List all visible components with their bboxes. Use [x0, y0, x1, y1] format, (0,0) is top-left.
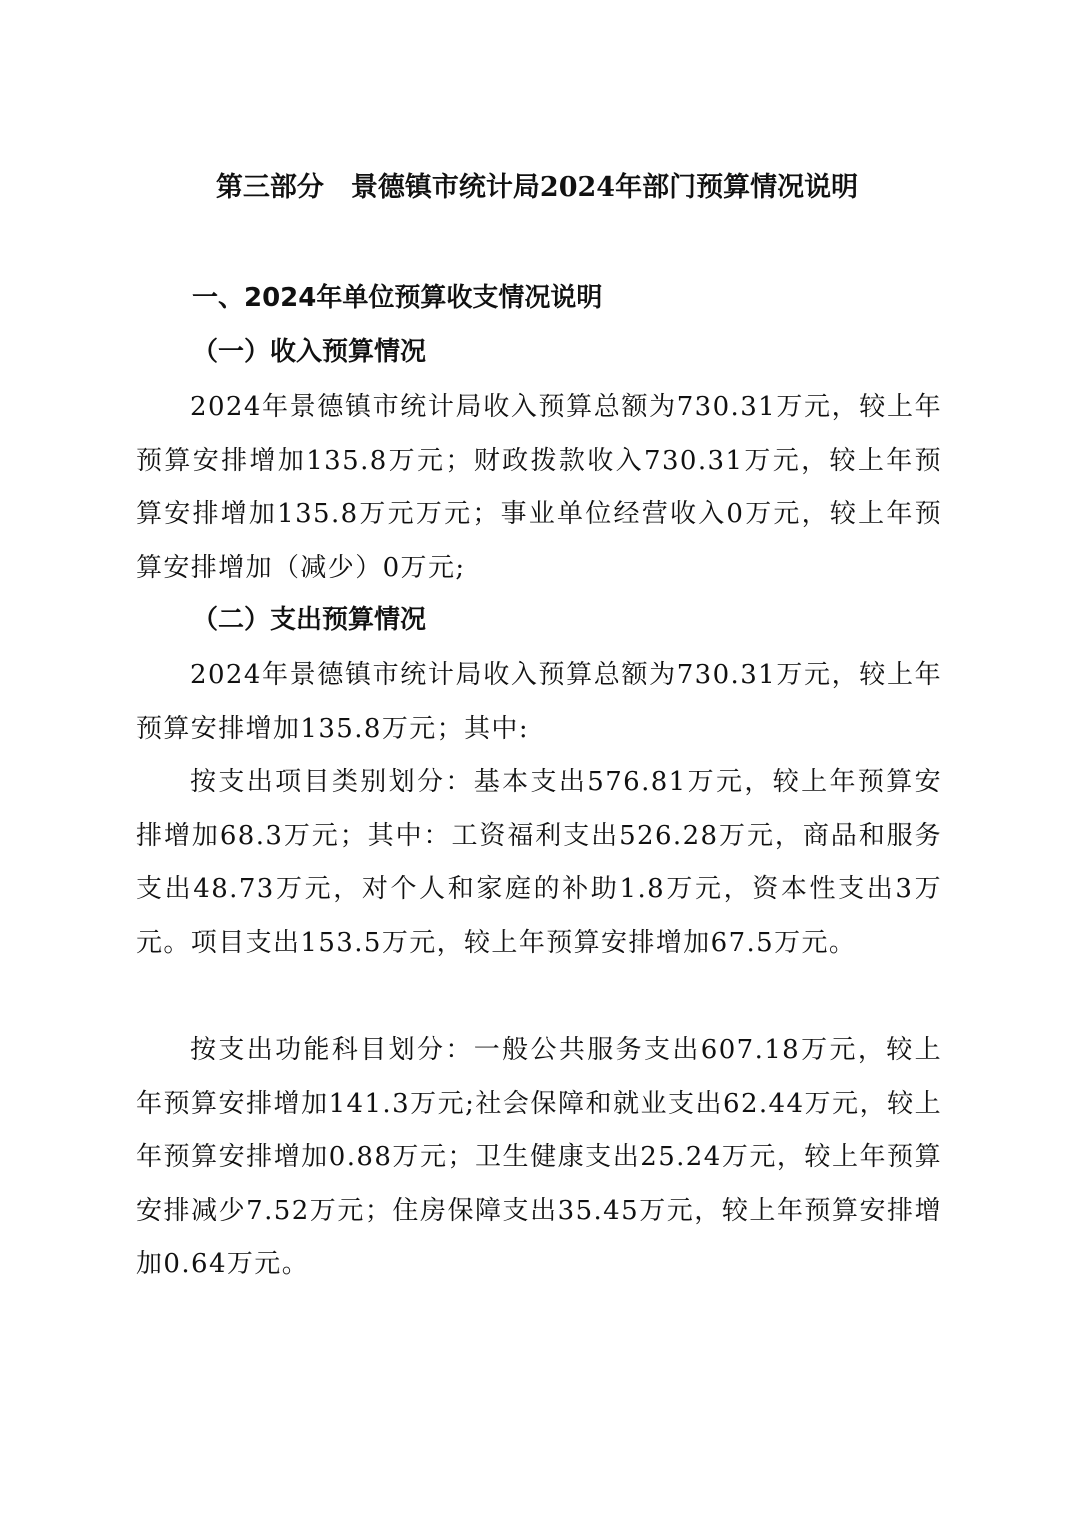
- document-page: 第三部分 景德镇市统计局2024年部门预算情况说明 一、2024年单位预算收支情…: [0, 0, 1074, 1520]
- section-heading: 一、2024年单位预算收支情况说明: [192, 276, 602, 320]
- expense-by-function-paragraph: 按支出功能科目划分：一般公共服务支出607.18万元，较上年预算安排增加141.…: [136, 1024, 942, 1292]
- income-subheading: （一）收入预算情况: [192, 330, 426, 374]
- expense-by-category-paragraph: 按支出项目类别划分：基本支出576.81万元，较上年预算安排增加68.3万元；其…: [136, 756, 942, 970]
- expense-subheading: （二）支出预算情况: [192, 598, 426, 642]
- document-title: 第三部分 景德镇市统计局2024年部门预算情况说明: [0, 166, 1074, 210]
- expense-total-paragraph: 2024年景德镇市统计局收入预算总额为730.31万元，较上年预算安排增加135…: [136, 649, 942, 756]
- income-paragraph: 2024年景德镇市统计局收入预算总额为730.31万元，较上年预算安排增加135…: [136, 381, 942, 595]
